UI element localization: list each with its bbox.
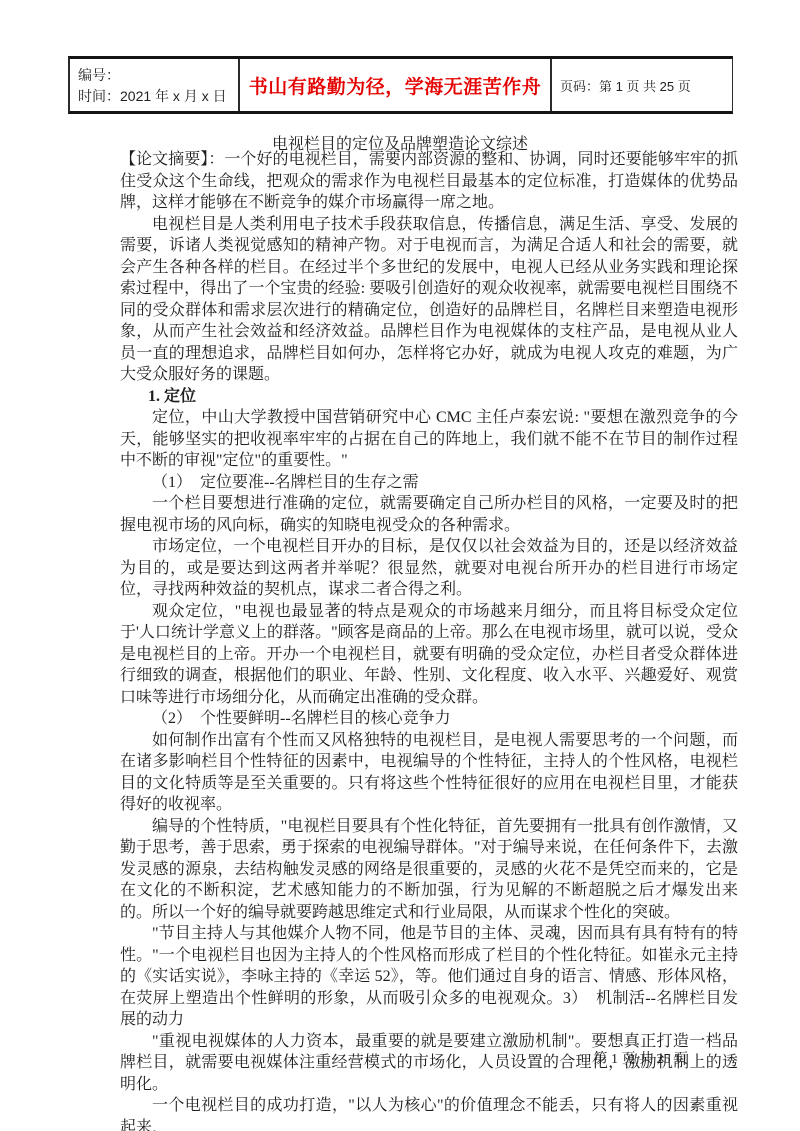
paragraph: 电视栏目是人类利用电子技术手段获取信息，传播信息，满足生活、享受、发展的需要，诉…	[120, 214, 738, 386]
paragraph: 如何制作出富有个性而又风格独特的电视栏目，是电视人需要思考的一个问题，而在诸多影…	[120, 730, 738, 816]
doc-number-label: 编号：	[78, 65, 234, 86]
paragraph: 定位，中山大学教授中国营销研究中心 CMC 主任卢泰宏说: "要想在激烈竞争的今…	[120, 407, 738, 472]
document-body: 【论文摘要】：一个好的电视栏目，需要内部资源的整和、协调，同时还要能够牢牢的抓住…	[120, 149, 738, 1131]
header-slogan-cell: 书山有路勤为径，学海无涯苦作舟	[240, 59, 552, 111]
paragraph: 一个电视栏目的成功打造，"以人为核心"的价值理念不能丢，只有将人的因素重视起来，	[120, 1095, 738, 1131]
page-number-footer: 第 1 页 共 25 页	[594, 1048, 689, 1068]
document-page: 编号： 时间：2021 年 x 月 x 日 书山有路勤为径，学海无涯苦作舟 页码…	[0, 0, 800, 1131]
header-page-cell: 页码：第 1 页 共 25 页	[552, 59, 732, 111]
paragraph: 市场定位，一个电视栏目开办的目标，是仅仅以社会效益为目的，还是以经济效益为目的，…	[120, 536, 738, 601]
paragraph-abstract: 【论文摘要】：一个好的电视栏目，需要内部资源的整和、协调，同时还要能够牢牢的抓住…	[120, 149, 738, 214]
slogan-text: 书山有路勤为径，学海无涯苦作舟	[249, 72, 542, 99]
paragraph-subheading-1: （1） 定位要准--名牌栏目的生存之需	[120, 472, 738, 494]
paragraph: 编导的个性特质，"电视栏目要具有个性化特征，首先要拥有一批具有创作激情，又勤于思…	[120, 816, 738, 924]
paragraph-subheading-2: （2） 个性要鲜明--名牌栏目的核心竞争力	[120, 708, 738, 730]
doc-time-label: 时间：2021 年 x 月 x 日	[78, 86, 234, 107]
paragraph: 一个栏目要想进行准确的定位，就需要确定自己所办栏目的风格，一定要及时的把握电视市…	[120, 493, 738, 536]
page-info-text: 页码：第 1 页 共 25 页	[560, 76, 691, 95]
header-meta-cell: 编号： 时间：2021 年 x 月 x 日	[70, 59, 240, 111]
paragraph: 观众定位，"电视也最显著的特点是观众的市场越来月细分，而且将目标受众定位于'人口…	[120, 601, 738, 709]
section-heading-dingwei: 1. 定位	[120, 386, 738, 408]
header-table: 编号： 时间：2021 年 x 月 x 日 书山有路勤为径，学海无涯苦作舟 页码…	[68, 56, 733, 114]
paragraph: "节目主持人与其他媒介人物不同，他是节目的主体、灵魂，因而具有具有特有的特性。"…	[120, 923, 738, 1031]
